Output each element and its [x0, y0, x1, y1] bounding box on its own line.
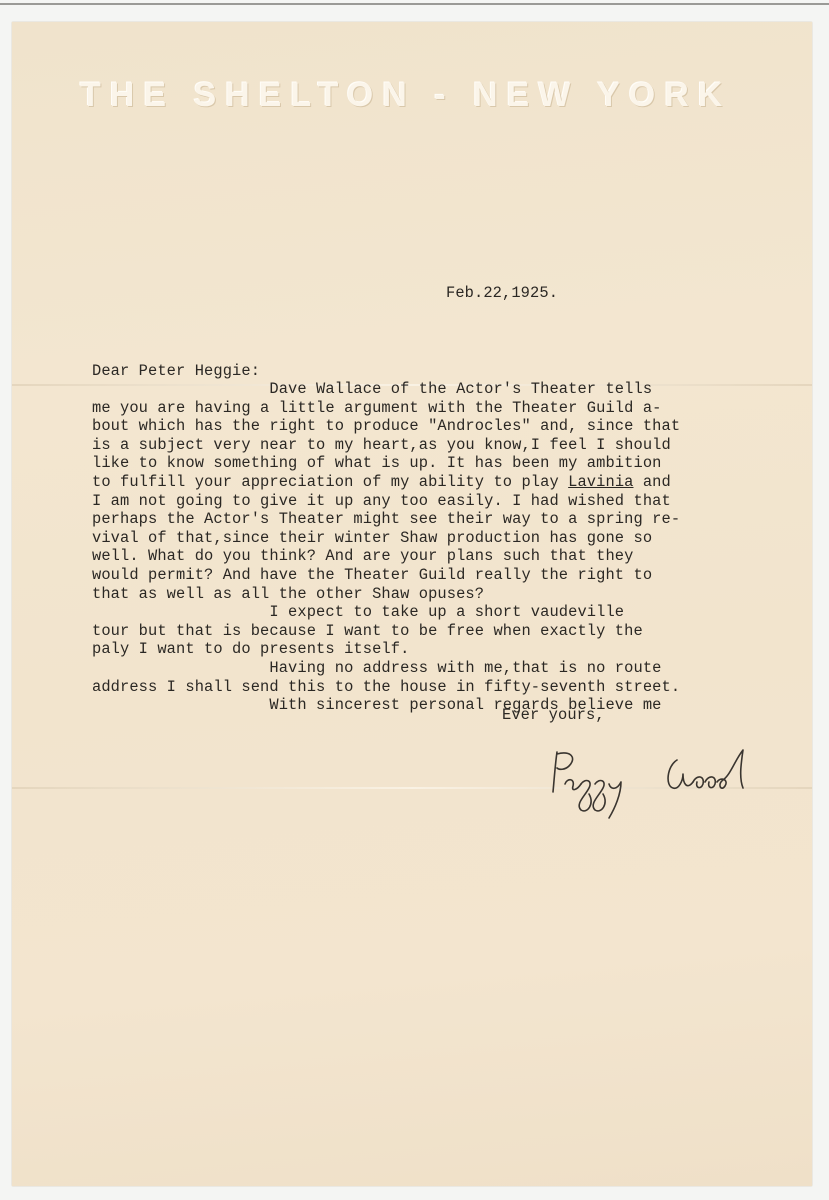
letter-body: Dave Wallace of the Actor's Theater tell…	[92, 380, 680, 715]
body-line: vival of that,since their winter Shaw pr…	[92, 529, 652, 547]
scan-edge	[0, 3, 829, 5]
body-line: to fulfill your appreciation of my abili…	[92, 473, 568, 491]
underlined-role-name: Lavinia	[568, 473, 633, 491]
letter-date: Feb.22,1925.	[446, 284, 558, 303]
body-line-suffix: and	[634, 473, 671, 491]
body-line: I expect to take up a short vaudeville	[92, 603, 624, 621]
body-line: Dave Wallace of the Actor's Theater tell…	[92, 380, 652, 398]
body-line: well. What do you think? And are your pl…	[92, 547, 633, 565]
body-line: tour but that is because I want to be fr…	[92, 622, 643, 640]
body-line: is a subject very near to my heart,as yo…	[92, 436, 671, 454]
body-line: would permit? And have the Theater Guild…	[92, 566, 652, 584]
letter-paper: THE SHELTON - NEW YORK Feb.22,1925. Dear…	[12, 22, 812, 1186]
body-line: perhaps the Actor's Theater might see th…	[92, 510, 680, 528]
body-line: bout which has the right to produce "And…	[92, 417, 680, 435]
closing: Ever yours,	[502, 706, 605, 725]
body-line: like to know something of what is up. It…	[92, 454, 662, 472]
handwritten-signature: Peggy Wood	[537, 744, 777, 824]
body-line: that as well as all the other Shaw opuse…	[92, 585, 484, 603]
body-line: me you are having a little argument with…	[92, 399, 662, 417]
body-line: address I shall send this to the house i…	[92, 678, 680, 696]
embossed-letterhead: THE SHELTON - NEW YORK	[80, 76, 760, 115]
body-line: I am not going to give it up any too eas…	[92, 492, 671, 510]
body-line: paly I want to do presents itself.	[92, 640, 409, 658]
salutation: Dear Peter Heggie:	[92, 362, 260, 381]
body-line: Having no address with me,that is no rou…	[92, 659, 662, 677]
